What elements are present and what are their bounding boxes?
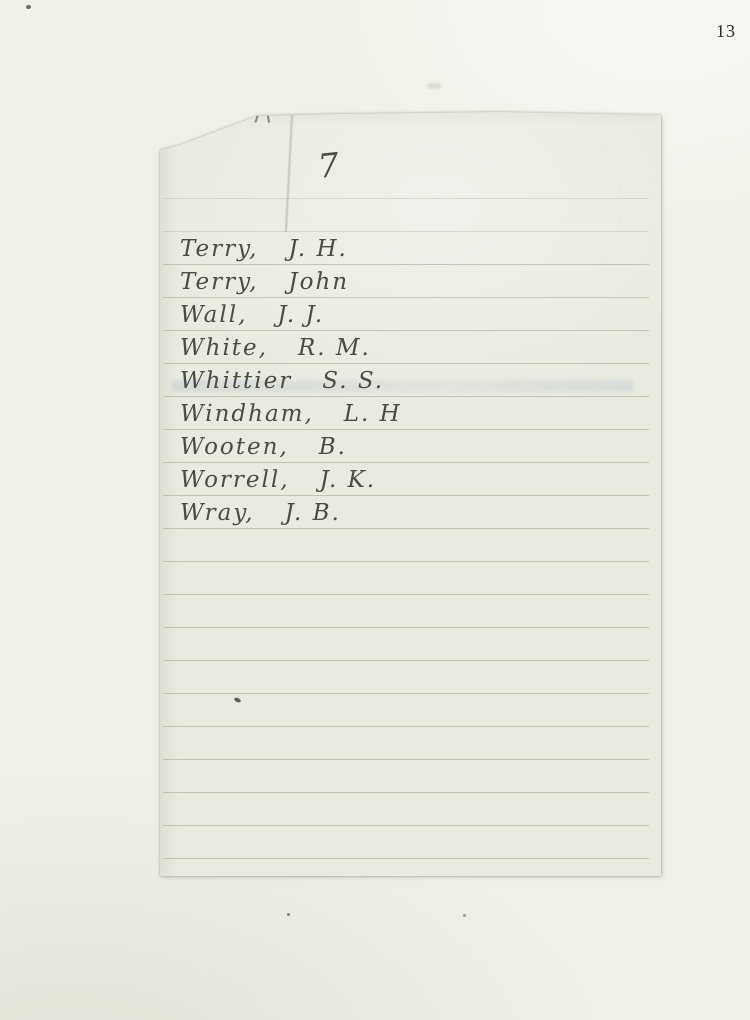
dust-speck [463,914,466,917]
entry-surname: Wall, [180,300,247,330]
handwritten-entry: Windham,L. H [180,396,402,429]
handwritten-entry: Wooten,B. [180,429,347,462]
entry-surname: Worrell, [180,465,290,495]
entry-initials: B. [319,432,347,462]
handwritten-name-list: Terry,J. H.Terry,JohnWall,J. J.White,R. … [160,112,661,876]
entry-initials: J. K. [320,465,377,495]
handwritten-entry: White,R. M. [180,330,371,363]
entry-initials: J. H. [288,234,347,264]
scan-smudge [427,83,442,89]
entry-initials: John [288,267,349,297]
dust-speck [26,5,31,9]
entry-initials: L. H [344,399,402,429]
page-number: 13 [716,21,736,42]
entry-surname: Terry, [180,267,258,297]
entry-surname: White, [180,333,268,363]
handwritten-entry: Wall,J. J. [180,297,324,330]
paper-sheet: 7 Terry,J. H.Terry,JohnWall,J. J.White,R… [160,112,661,876]
handwritten-entry: Terry,John [180,264,349,297]
entry-surname: Terry, [180,234,258,264]
handwritten-entry: Wray,J. B. [180,495,341,528]
entry-initials: J. B. [285,498,341,528]
entry-initials: J. J. [277,300,324,330]
entry-initials: R. M. [298,333,371,363]
entry-surname: Wray, [180,498,255,528]
scanned-book-page: 13 7 Terry,J. H.Terry,JohnWall,J. J.Whit… [0,0,750,1020]
dust-speck [287,913,290,916]
handwritten-entry: Worrell,J. K. [180,462,376,495]
entry-surname: Whittier [180,366,292,396]
entry-surname: Wooten, [180,432,289,462]
handwritten-entry: Terry,J. H. [180,231,348,264]
handwritten-entry: WhittierS. S. [180,363,384,396]
entry-initials: S. S. [322,366,384,396]
entry-surname: Windham, [180,399,314,429]
paper-sheet-inner: 7 Terry,J. H.Terry,JohnWall,J. J.White,R… [160,112,661,876]
